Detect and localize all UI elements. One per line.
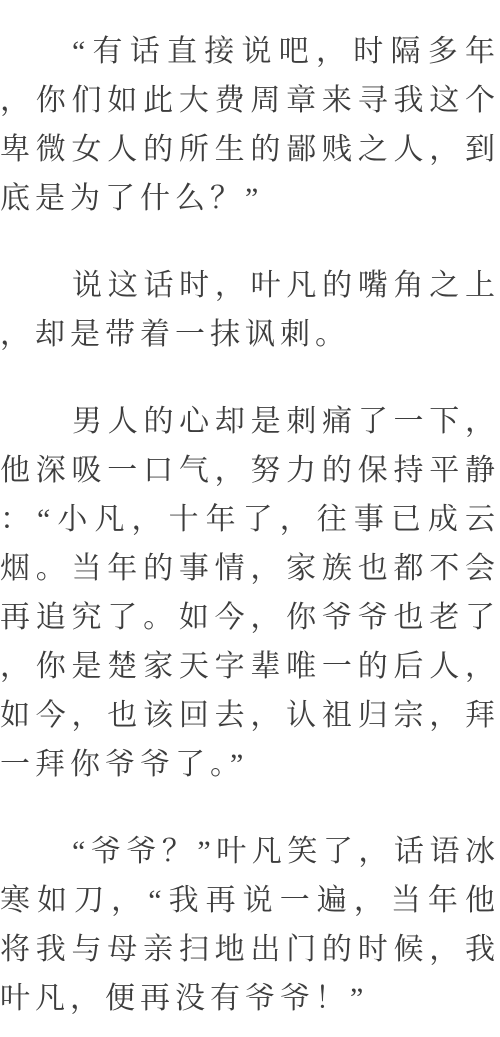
novel-paragraph-2: 说这话时，叶凡的嘴角之上，却是带着一抹讽刺。 [0,261,500,359]
novel-paragraph-4: “爷爷？”叶凡笑了，话语冰寒如刀，“我再说一遍，当年他将我与母亲扫地出门的时候，… [0,827,500,1023]
novel-paragraph-1: “有话直接说吧，时隔多年，你们如此大费周章来寻我这个卑微女人的所生的鄙贱之人，到… [0,27,500,223]
reader-page: “有话直接说吧，时隔多年，你们如此大费周章来寻我这个卑微女人的所生的鄙贱之人，到… [0,0,500,1037]
novel-paragraph-3: 男人的心却是刺痛了一下，他深吸一口气，努力的保持平静：“小凡，十年了，往事已成云… [0,397,500,789]
